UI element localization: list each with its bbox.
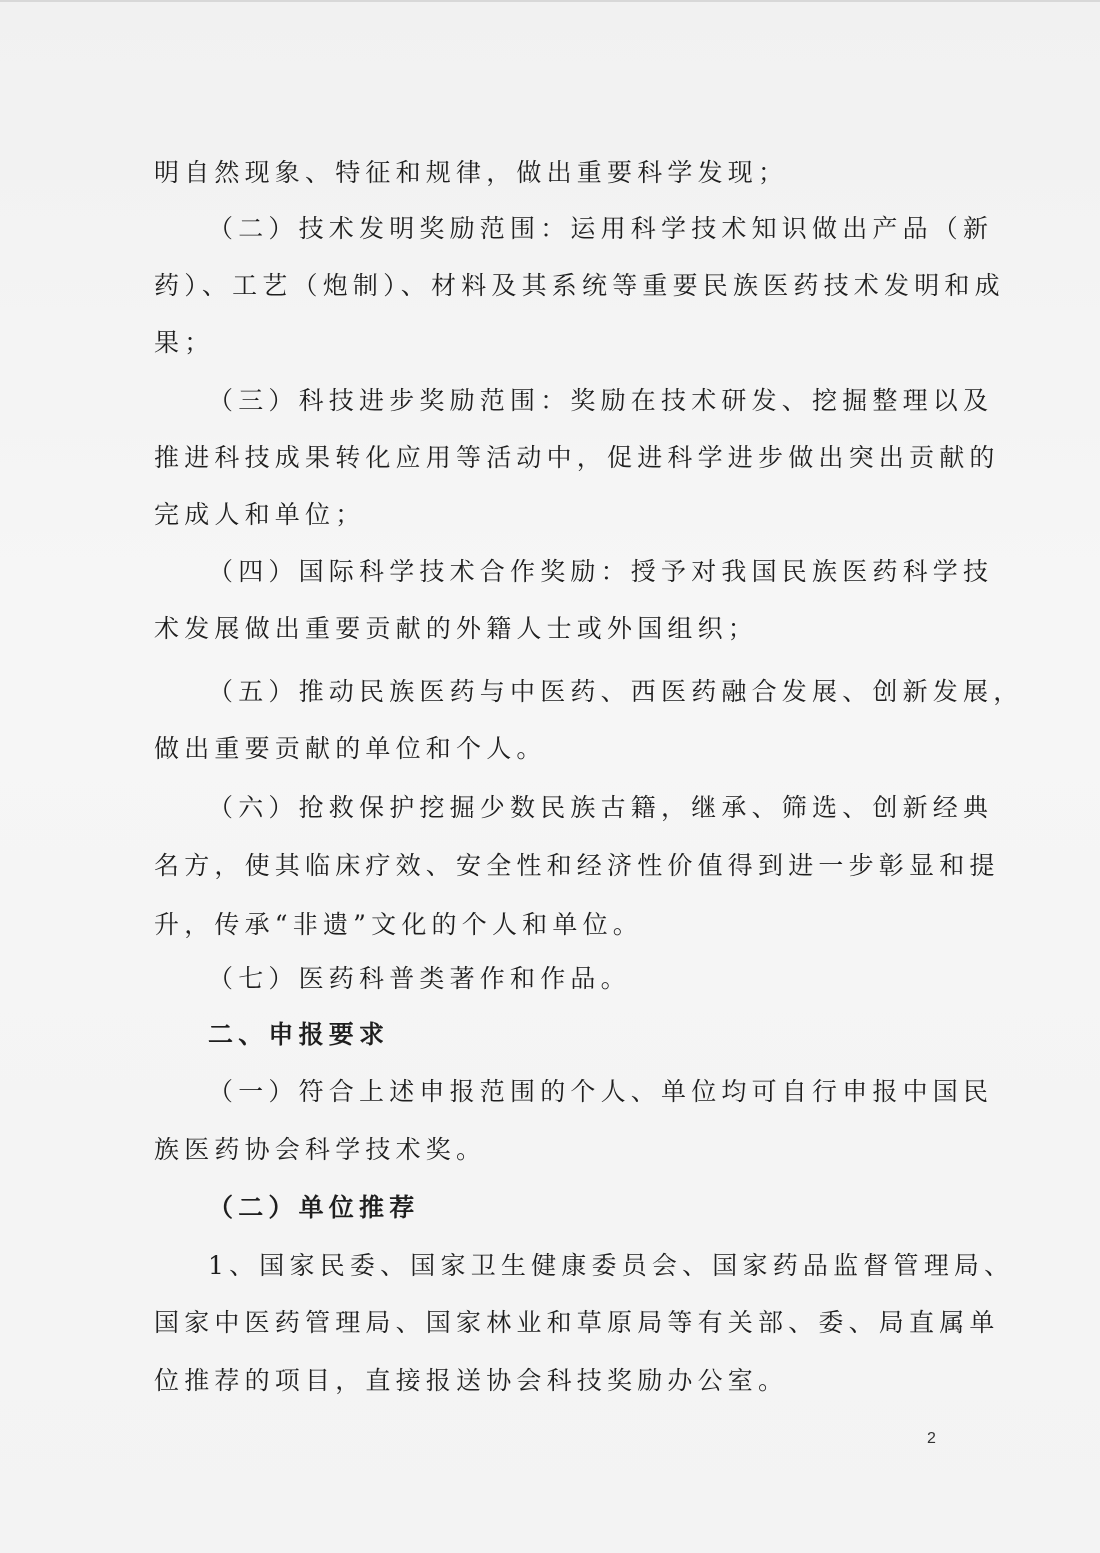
page-number: 2 [927, 1430, 936, 1448]
subsection-heading: （二）单位推荐 [208, 1193, 419, 1223]
paragraph-line: （四）国际科学技术合作奖励：授予对我国民族医药科学技 [208, 557, 993, 587]
paragraph-line: （五）推动民族医药与中医药、西医药融合发展、创新发展， [208, 677, 1023, 707]
paragraph-line: （二）技术发明奖励范围：运用科学技术知识做出产品（新 [208, 214, 993, 244]
paragraph-line: （七）医药科普类著作和作品。 [208, 964, 631, 994]
paragraph-line: 术发展做出重要贡献的外籍人士或外国组织； [154, 614, 758, 644]
paragraph-line: 位推荐的项目，直接报送协会科技奖励办公室。 [154, 1366, 788, 1396]
paragraph-line: 完成人和单位； [154, 500, 365, 530]
paragraph-line: 药）、工艺（炮制）、材料及其系统等重要民族医药技术发明和成 [154, 271, 1005, 301]
paragraph-line: （三）科技进步奖励范围：奖励在技术研发、挖掘整理以及 [208, 386, 993, 416]
page-top-edge [0, 0, 1100, 2]
paragraph-line: 做出重要贡献的单位和个人。 [154, 734, 547, 764]
paragraph-line: 国家中医药管理局、国家林业和草原局等有关部、委、局直属单 [154, 1308, 1000, 1338]
paragraph-line: 果； [154, 328, 214, 358]
document-page: 明自然现象、特征和规律，做出重要科学发现； （二）技术发明奖励范围：运用科学技术… [0, 0, 1100, 1553]
paragraph-line: 升，传承“非遗”文化的个人和单位。 [154, 910, 643, 940]
paragraph-line: （六）抢救保护挖掘少数民族古籍，继承、筛选、创新经典 [208, 793, 993, 823]
paragraph-line: （一）符合上述申报范围的个人、单位均可自行申报中国民 [208, 1077, 993, 1107]
section-heading: 二、申报要求 [208, 1020, 389, 1050]
paragraph-line: 1、国家民委、国家卫生健康委员会、国家药品监督管理局、 [208, 1251, 1014, 1281]
paragraph-line: 明自然现象、特征和规律，做出重要科学发现； [154, 158, 788, 188]
paragraph-line: 推进科技成果转化应用等活动中，促进科学进步做出突出贡献的 [154, 443, 1000, 473]
paragraph-line: 名方，使其临床疗效、安全性和经济性价值得到进一步彰显和提 [154, 851, 1000, 881]
paragraph-line: 族医药协会科学技术奖。 [154, 1135, 486, 1165]
